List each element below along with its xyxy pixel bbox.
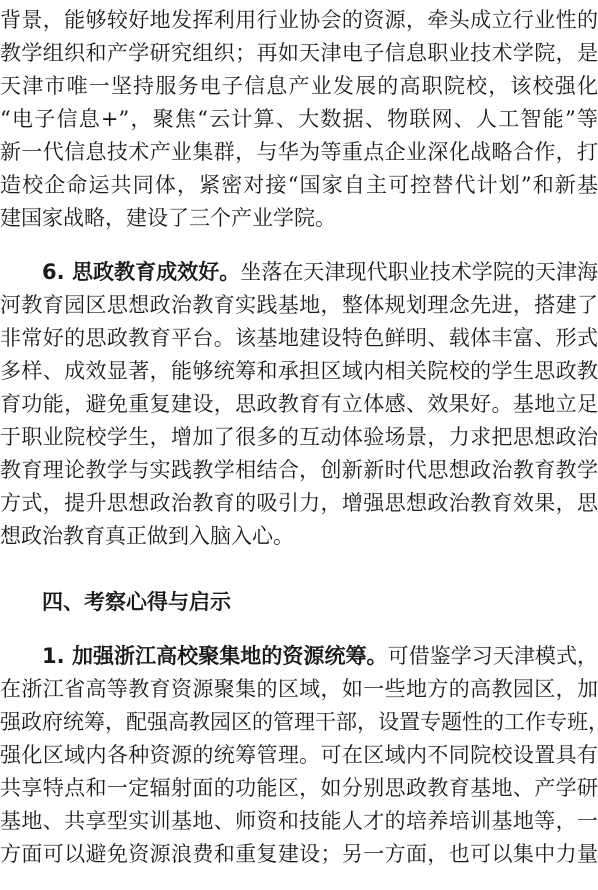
paragraph-line: 多样、成效显著，能够统筹和承担区域内相关院校的学生思政教 <box>0 355 598 388</box>
paragraph-line: 想政治教育真正做到入脑入心。 <box>0 520 598 553</box>
paragraph-line: 共享特点和一定辐射面的功能区，如分别思政教育基地、产学研 <box>0 772 598 805</box>
paragraph-line: 强政府统筹，配强高教园区的管理干部，设置专题性的工作专班， <box>0 706 598 739</box>
paragraph-line: 新一代信息技术产业集群，与华为等重点企业深化战略合作，打 <box>0 136 598 169</box>
paragraph-line: 背景，能够较好地发挥利用行业协会的资源，牵头成立行业性的 <box>0 4 598 37</box>
document-page: 背景，能够较好地发挥利用行业协会的资源，牵头成立行业性的 教学组织和产学研究组织… <box>0 0 598 890</box>
paragraph-line: 造校企命运共同体，紧密对接“国家自主可控替代计划”和新基 <box>0 169 598 202</box>
paragraph-line: 强化区域内各种资源的统筹管理。可在区域内不同院校设置具有 <box>0 739 598 772</box>
paragraph-line: 教学组织和产学研究组织；再如天津电子信息职业技术学院，是 <box>0 37 598 70</box>
item-1-first-line: 1. 加强浙江高校聚集地的资源统筹。可借鉴学习天津模式， <box>0 640 598 673</box>
paragraph-line: 天津市唯一坚持服务电子信息产业发展的高职院校，该校强化 <box>0 70 598 103</box>
item-6-title: 6. 思政教育成效好。 <box>42 260 240 284</box>
paragraph-line: “电子信息+”，聚焦“云计算、大数据、物联网、人工智能”等 <box>0 103 598 136</box>
paragraph-line: 在浙江省高等教育资源聚集的区域，如一些地方的高教园区，加 <box>0 673 598 706</box>
paragraph-line: 教育理论教学与实践教学相结合，创新新时代思想政治教育教学 <box>0 454 598 487</box>
item-6-text: 坐落在天津现代职业技术学院的天津海 <box>240 260 598 284</box>
paragraph-line: 非常好的思政教育平台。该基地建设特色鲜明、载体丰富、形式 <box>0 322 598 355</box>
paragraph-line: 方面可以避免资源浪费和重复建设；另一方面，也可以集中力量 <box>0 838 598 871</box>
paragraph-line: 基地、共享型实训基地、师资和技能人才的培养培训基地等，一 <box>0 805 598 838</box>
item-1-title: 1. 加强浙江高校聚集地的资源统筹。 <box>42 644 388 668</box>
section-heading: 四、考察心得与启示 <box>0 586 598 619</box>
item-1-text: 可借鉴学习天津模式， <box>388 644 598 668</box>
paragraph-line: 建国家战略，建设了三个产业学院。 <box>0 202 598 235</box>
paragraph-line: 育功能，避免重复建设，思政教育有立体感、效果好。基地立足 <box>0 388 598 421</box>
paragraph-line: 河教育园区思想政治教育实践基地，整体规划理念先进，搭建了 <box>0 289 598 322</box>
paragraph-line: 于职业院校学生，增加了很多的互动体验场景，力求把思想政治 <box>0 421 598 454</box>
paragraph-line: 方式，提升思想政治教育的吸引力，增强思想政治教育效果，思 <box>0 487 598 520</box>
item-6-first-line: 6. 思政教育成效好。坐落在天津现代职业技术学院的天津海 <box>0 256 598 289</box>
